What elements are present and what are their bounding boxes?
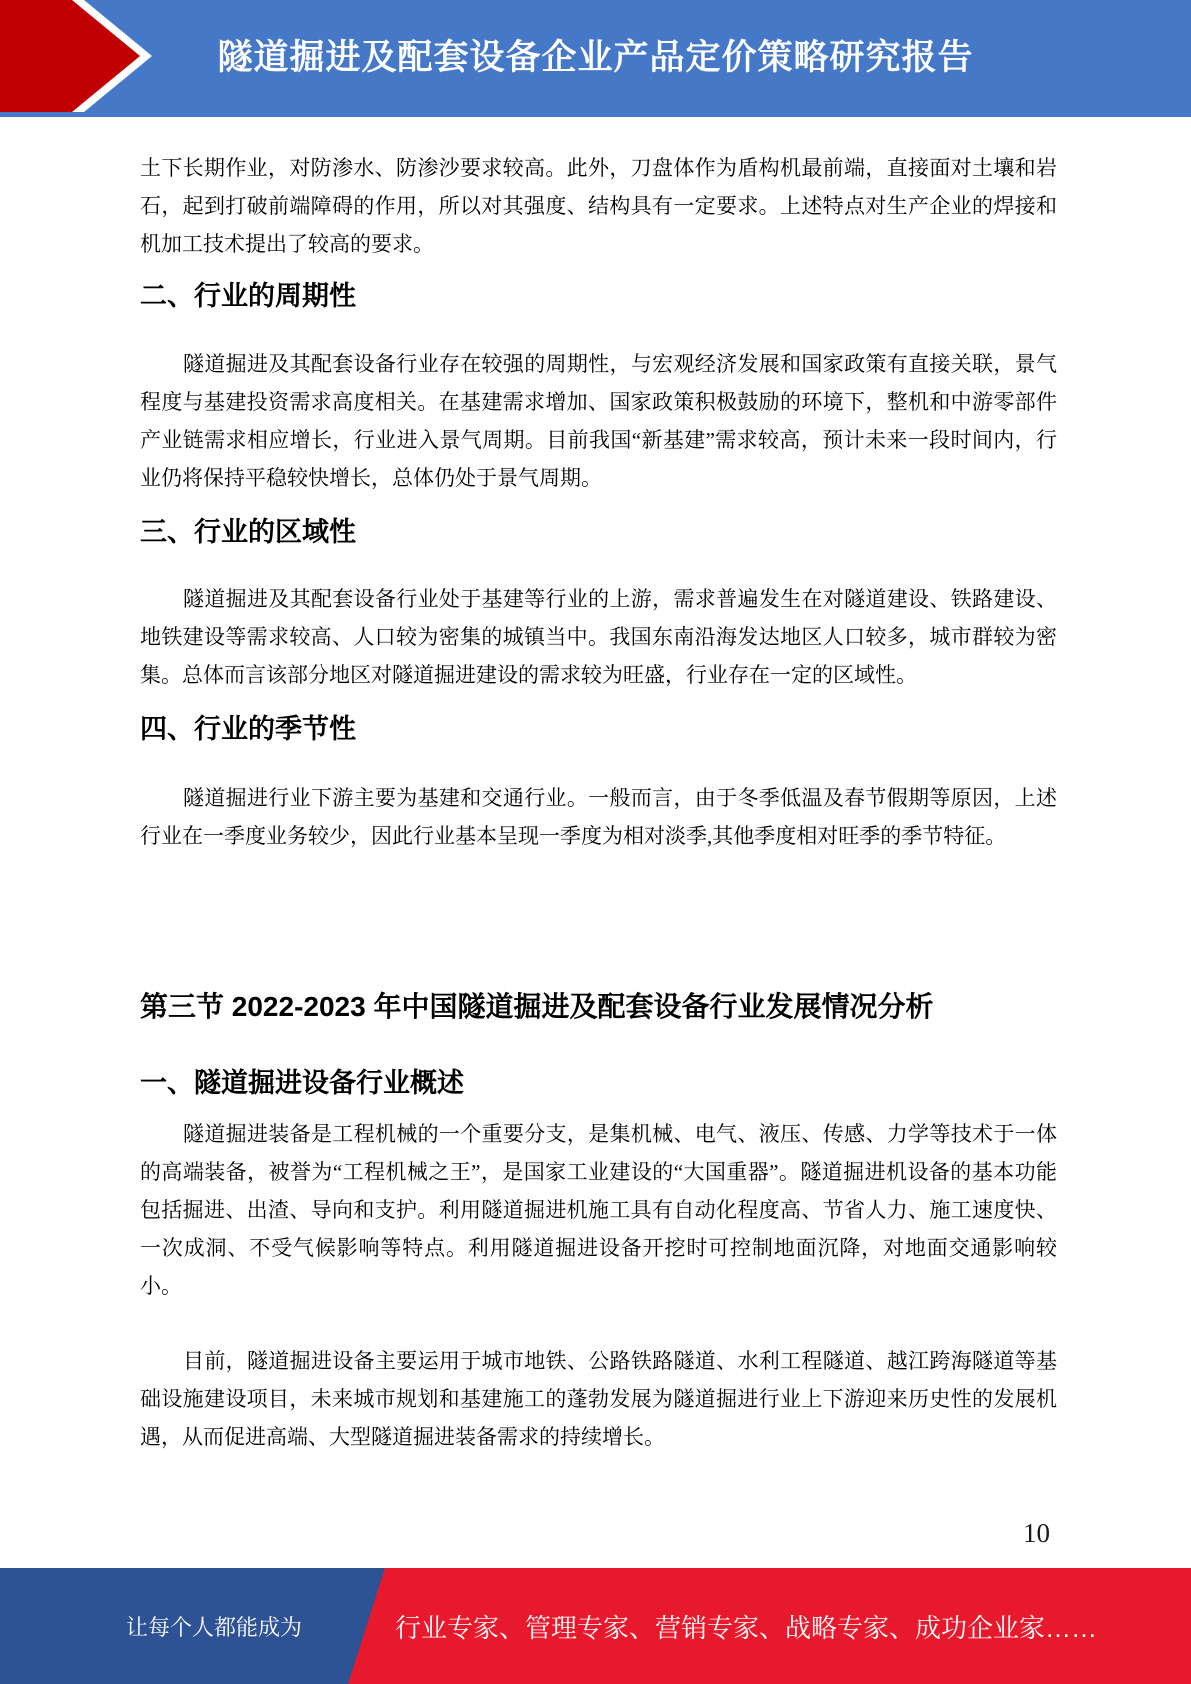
footer-slogan-left: 让每个人都能成为 — [0, 1568, 302, 1684]
heading-industry-seasonality: 四、行业的季节性 — [140, 714, 1100, 745]
heading-industry-cyclicality: 二、行业的周期性 — [140, 281, 1100, 312]
section-heading: 第三节 2022-2023 年中国隧道掘进及配套设备行业发展情况分析 — [140, 991, 1100, 1023]
report-header-banner: 隧道掘进及配套设备企业产品定价策略研究报告 — [0, 0, 1191, 117]
paragraph-cyclicality: 隧道掘进及其配套设备行业存在较强的周期性，与宏观经济发展和国家政策有直接关联，景… — [140, 345, 1057, 497]
paragraph-continuation: 土下长期作业，对防渗水、防渗沙要求较高。此外，刀盘体作为盾构机最前端，直接面对土… — [140, 149, 1057, 263]
paragraph-overview: 隧道掘进装备是工程机械的一个重要分支，是集机械、电气、液压、传感、力学等技术于一… — [140, 1115, 1057, 1305]
paragraph-regionality: 隧道掘进及其配套设备行业处于基建等行业的上游，需求普遍发生在对隧道建设、铁路建设… — [140, 580, 1057, 694]
heading-equipment-overview: 一、隧道掘进设备行业概述 — [140, 1068, 1100, 1099]
footer-slogan-right: 行业专家、管理专家、营销专家、战略专家、成功企业家…… — [395, 1568, 1097, 1684]
paragraph-applications: 目前，隧道掘进设备主要运用于城市地铁、公路铁路隧道、水利工程隧道、越江跨海隧道等… — [140, 1342, 1057, 1456]
page-number: 10 — [1023, 1518, 1050, 1549]
paragraph-seasonality: 隧道掘进行业下游主要为基建和交通行业。一般而言，由于冬季低温及春节假期等原因，上… — [140, 779, 1057, 855]
report-title: 隧道掘进及配套设备企业产品定价策略研究报告 — [0, 30, 1191, 80]
heading-industry-regionality: 三、行业的区域性 — [140, 517, 1100, 548]
footer-banner: 让每个人都能成为 行业专家、管理专家、营销专家、战略专家、成功企业家…… — [0, 1568, 1191, 1684]
